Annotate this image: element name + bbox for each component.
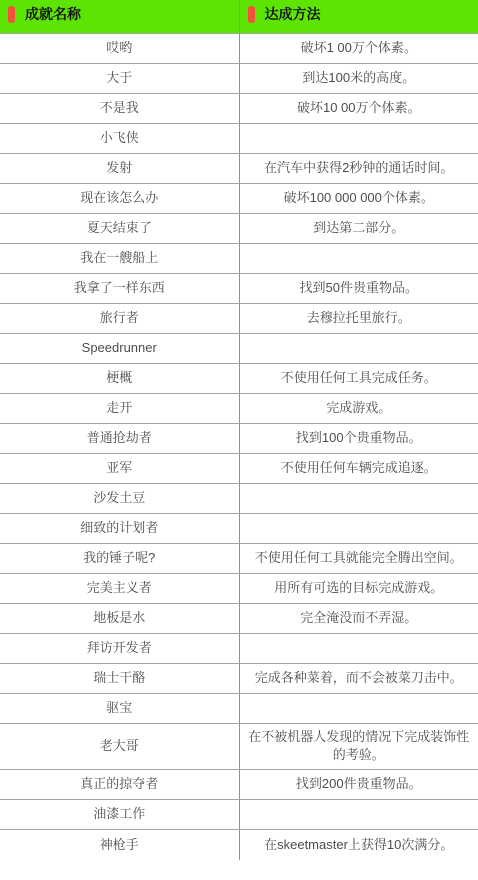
achievement-name: 油漆工作 (0, 800, 239, 830)
table-row: 梗概 不使用任何工具完成任务。 (0, 363, 478, 393)
achievement-method (239, 333, 478, 363)
achievement-method: 找到50件贵重物品。 (239, 273, 478, 303)
achievement-method: 在skeetmaster上获得10次满分。 (239, 830, 478, 860)
table-row: 细致的计划者 (0, 513, 478, 543)
achievement-method (239, 123, 478, 153)
achievement-method (239, 633, 478, 663)
table-row: 发射 在汽车中获得2秒钟的通话时间。 (0, 153, 478, 183)
achievement-method: 不使用任何工具完成任务。 (239, 363, 478, 393)
achievement-method: 不使用任何车辆完成追逐。 (239, 453, 478, 483)
achievement-name: Speedrunner (0, 333, 239, 363)
table-row: 老大哥 在不被机器人发现的情况下完成装饰性的考验。 (0, 723, 478, 770)
achievement-name: 地板是水 (0, 603, 239, 633)
red-bar-marker-icon (248, 6, 255, 23)
table-row: 现在该怎么办 破坏100 000 000个体素。 (0, 183, 478, 213)
achievement-method: 破坏10 00万个体素。 (239, 93, 478, 123)
achievement-method (239, 243, 478, 273)
table-row: 真正的掠夺者 找到200件贵重物品。 (0, 770, 478, 800)
achievement-name: 走开 (0, 393, 239, 423)
table-row: 沙发土豆 (0, 483, 478, 513)
achievement-method: 完成各种菜着，而不会被菜刀击中。 (239, 663, 478, 693)
achievement-name: 驱宝 (0, 693, 239, 723)
achievement-method: 完全淹没而不弄湿。 (239, 603, 478, 633)
achievement-method (239, 693, 478, 723)
column-header-label: 达成方法 (265, 4, 321, 24)
table-row: 哎哟 破坏1 00万个体素。 (0, 33, 478, 63)
achievement-method: 在汽车中获得2秒钟的通话时间。 (239, 153, 478, 183)
table-row: 瑞士干酪 完成各种菜着，而不会被菜刀击中。 (0, 663, 478, 693)
table-row: 不是我 破坏10 00万个体素。 (0, 93, 478, 123)
column-header-method: 达成方法 (239, 0, 478, 33)
table-row: 油漆工作 (0, 800, 478, 830)
achievement-name: 完美主义者 (0, 573, 239, 603)
table-row: 驱宝 (0, 693, 478, 723)
table-row: 旅行者 去穆拉托里旅行。 (0, 303, 478, 333)
achievement-method (239, 483, 478, 513)
achievement-name: 哎哟 (0, 33, 239, 63)
achievement-method: 用所有可选的目标完成游戏。 (239, 573, 478, 603)
table-row: 拜访开发者 (0, 633, 478, 663)
achievement-name: 神枪手 (0, 830, 239, 860)
table-row: 我拿了一样东西 找到50件贵重物品。 (0, 273, 478, 303)
achievement-method: 到达100米的高度。 (239, 63, 478, 93)
achievement-name: 普通抢劫者 (0, 423, 239, 453)
achievement-name: 细致的计划者 (0, 513, 239, 543)
achievement-method: 破坏1 00万个体素。 (239, 33, 478, 63)
achievement-method (239, 800, 478, 830)
achievement-method: 在不被机器人发现的情况下完成装饰性的考验。 (239, 723, 478, 770)
achievement-method: 找到100个贵重物品。 (239, 423, 478, 453)
table-row: 走开 完成游戏。 (0, 393, 478, 423)
achievement-name: 真正的掠夺者 (0, 770, 239, 800)
table-row: 小飞侠 (0, 123, 478, 153)
achievement-method: 到达第二部分。 (239, 213, 478, 243)
achievement-name: 大于 (0, 63, 239, 93)
achievement-name: 我在一艘船上 (0, 243, 239, 273)
achievement-method: 找到200件贵重物品。 (239, 770, 478, 800)
achievement-method: 去穆拉托里旅行。 (239, 303, 478, 333)
achievement-name: 现在该怎么办 (0, 183, 239, 213)
achievement-name: 小飞侠 (0, 123, 239, 153)
table-body: 哎哟 破坏1 00万个体素。 大于 到达100米的高度。 不是我 破坏10 00… (0, 33, 478, 860)
column-header-label: 成就名称 (25, 4, 81, 24)
table-row: 神枪手 在skeetmaster上获得10次满分。 (0, 830, 478, 860)
achievement-name: 夏天结束了 (0, 213, 239, 243)
achievement-name: 梗概 (0, 363, 239, 393)
achievement-name: 亚军 (0, 453, 239, 483)
table-row: 亚军 不使用任何车辆完成追逐。 (0, 453, 478, 483)
achievement-method (239, 513, 478, 543)
table-row: 地板是水 完全淹没而不弄湿。 (0, 603, 478, 633)
achievement-name: 不是我 (0, 93, 239, 123)
achievement-name: 我的锤子呢? (0, 543, 239, 573)
achievement-method: 完成游戏。 (239, 393, 478, 423)
achievement-name: 发射 (0, 153, 239, 183)
table-row: 普通抢劫者 找到100个贵重物品。 (0, 423, 478, 453)
achievement-name: 旅行者 (0, 303, 239, 333)
table-row: 我在一艘船上 (0, 243, 478, 273)
achievements-page: 成就名称 达成方法 哎哟 破坏1 00万个体素。 大于 到达100米的高度。 (0, 0, 478, 860)
header-row: 成就名称 达成方法 (0, 0, 478, 33)
table-row: 夏天结束了 到达第二部分。 (0, 213, 478, 243)
achievement-name: 沙发土豆 (0, 483, 239, 513)
achievement-name: 拜访开发者 (0, 633, 239, 663)
achievements-table: 成就名称 达成方法 哎哟 破坏1 00万个体素。 大于 到达100米的高度。 (0, 0, 478, 860)
column-header-achievement-name: 成就名称 (0, 0, 239, 33)
achievement-name: 我拿了一样东西 (0, 273, 239, 303)
red-bar-marker-icon (8, 6, 15, 23)
table-row: 大于 到达100米的高度。 (0, 63, 478, 93)
achievement-name: 瑞士干酪 (0, 663, 239, 693)
table-row: 完美主义者 用所有可选的目标完成游戏。 (0, 573, 478, 603)
table-header: 成就名称 达成方法 (0, 0, 478, 33)
table-row: Speedrunner (0, 333, 478, 363)
achievement-method: 破坏100 000 000个体素。 (239, 183, 478, 213)
achievement-method: 不使用任何工具就能完全腾出空间。 (239, 543, 478, 573)
table-row: 我的锤子呢? 不使用任何工具就能完全腾出空间。 (0, 543, 478, 573)
achievement-name: 老大哥 (0, 723, 239, 770)
